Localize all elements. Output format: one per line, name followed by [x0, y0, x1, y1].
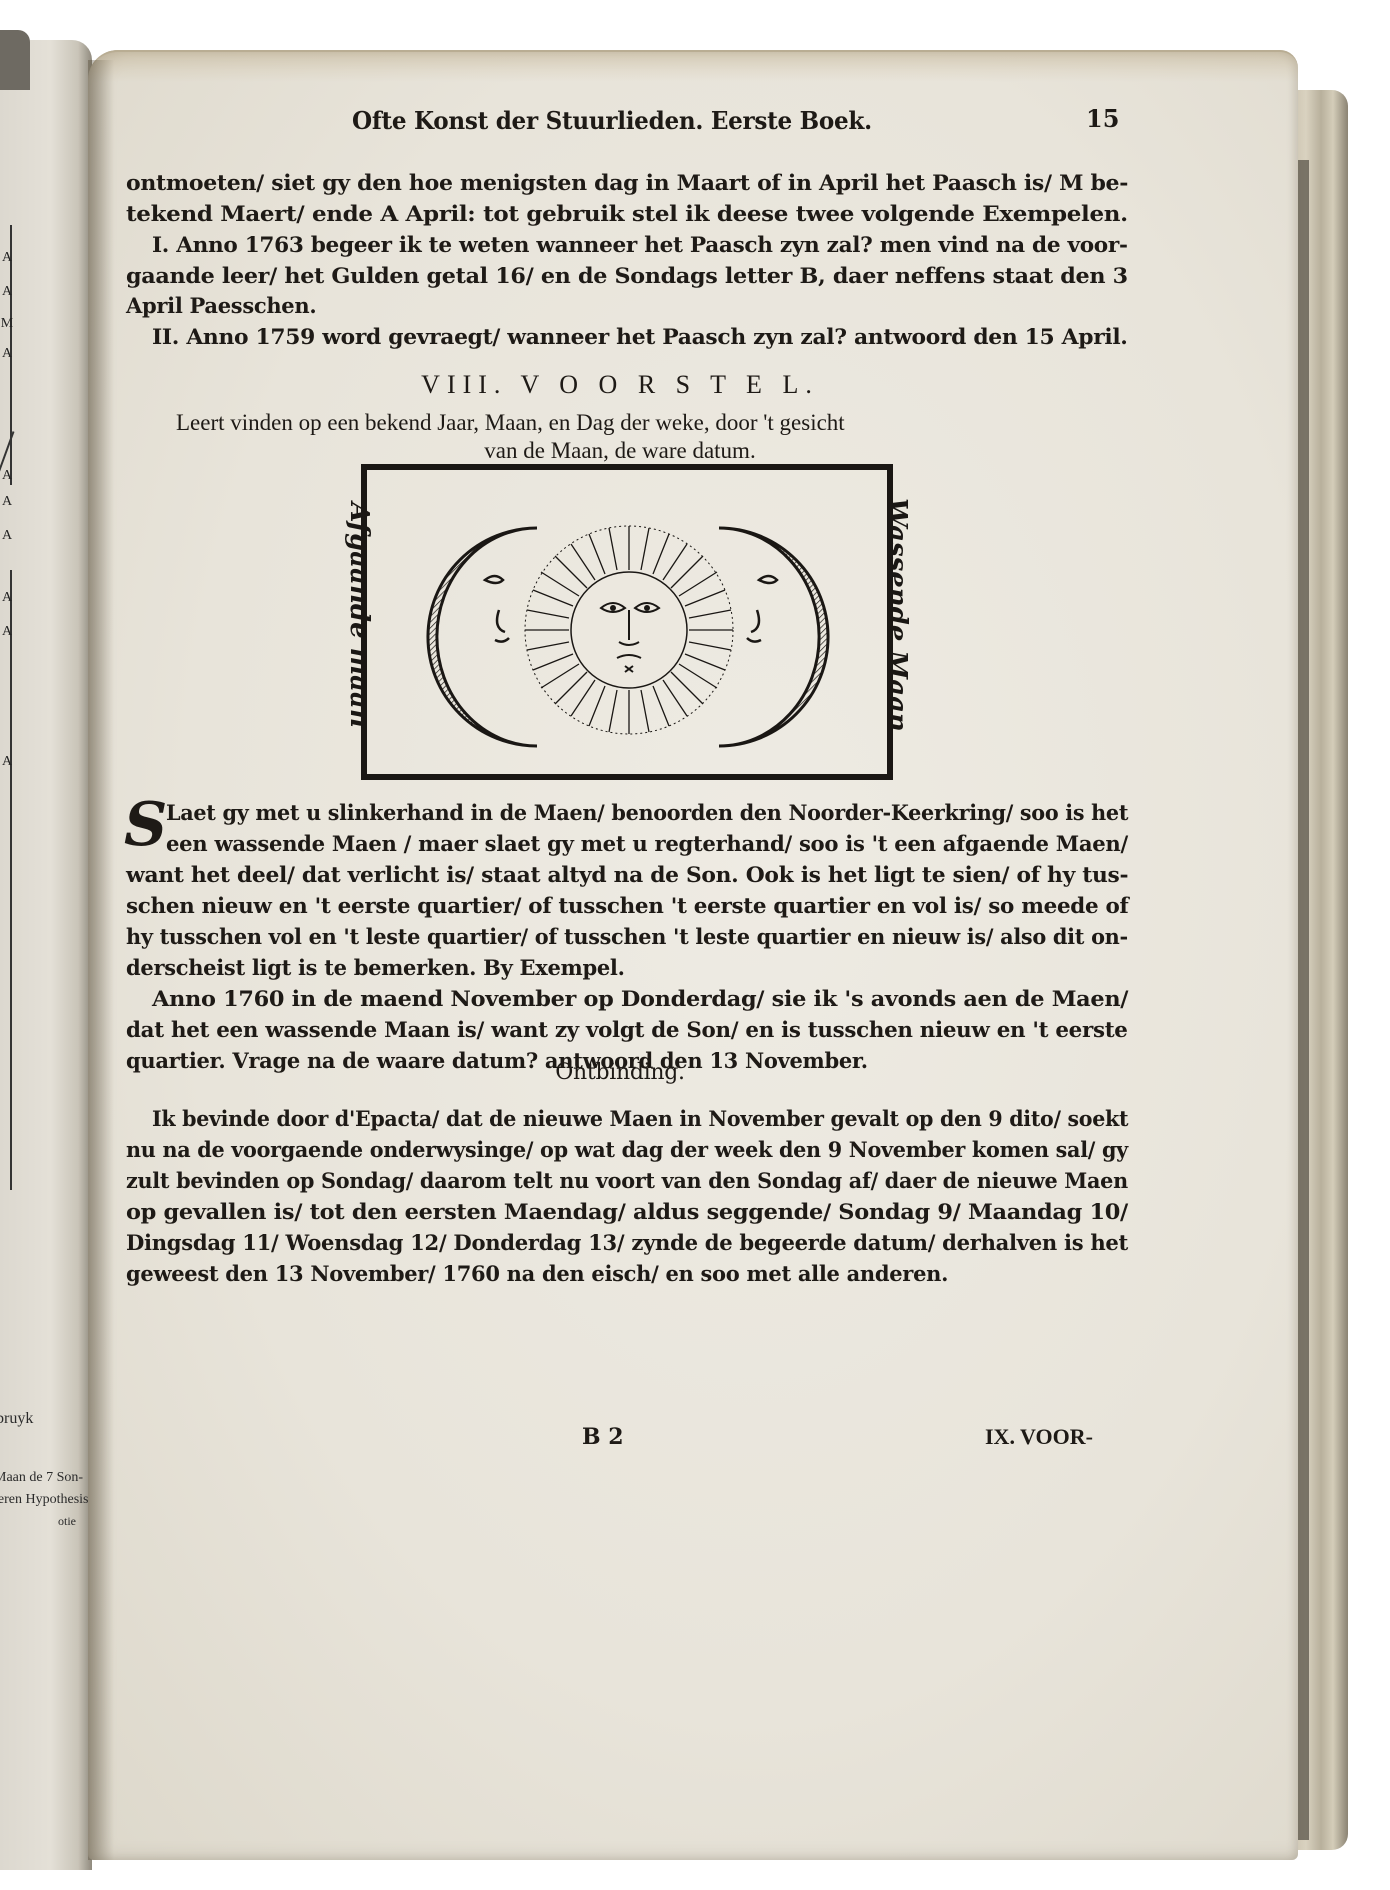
running-title: Ofte Konst der Stuurlieden. Eerste Boek.: [352, 106, 872, 135]
text-line: gaande leer/ het Gulden getal 16/ en de …: [126, 263, 1128, 288]
left-table-letter: A: [0, 284, 14, 300]
drop-cap: S: [124, 795, 167, 855]
left-table-letter: A: [0, 624, 14, 640]
text-line: April Paesschen.: [126, 293, 316, 318]
catchword: IX. VOOR-: [985, 1424, 1093, 1450]
sun-face-icon: [525, 526, 733, 734]
text-line: Anno 1760 in de maend November op Donder…: [152, 986, 1128, 1011]
text-line: want het deel/ dat verlicht is/ staat al…: [126, 862, 1128, 887]
left-margin-word: otie: [58, 1514, 76, 1529]
text-line: dat het een wassende Maan is/ want zy vo…: [126, 1017, 1128, 1042]
text-line: II. Anno 1759 word gevraegt/ wanneer het…: [152, 324, 1128, 349]
left-table-letter: A: [0, 494, 14, 510]
left-page-strip: [0, 40, 92, 1870]
left-table-letter: A: [0, 528, 14, 544]
book-cover-edge: [0, 30, 30, 90]
left-table-letter: A: [0, 346, 14, 362]
section-subtitle: Leert vinden op een bekend Jaar, Maan, e…: [176, 410, 845, 436]
left-table-letter: A: [0, 590, 14, 606]
text-line: nu na de voorgaende onderwysinge/ op wat…: [126, 1137, 1128, 1162]
text-line: derscheist ligt is te bemerken. By Exemp…: [126, 955, 625, 980]
left-table-letter: M: [0, 316, 14, 332]
text-line: I. Anno 1763 begeer ik te weten wanneer …: [152, 232, 1128, 257]
woodcut-figure: Afgaande maan Wassende Maan: [361, 464, 893, 780]
text-line: zult bevinden op Sondag/ daarom telt nu …: [126, 1168, 1128, 1193]
section-subtitle: van de Maan, de ware datum.: [300, 438, 940, 464]
text-line: hy tusschen vol en 't leste quartier/ of…: [126, 924, 1128, 949]
left-table-letter: A: [0, 250, 14, 266]
left-table-letter: A: [0, 468, 14, 484]
left-margin-word: Maan de 7 Son-: [0, 1470, 83, 1486]
signature-mark: B 2: [582, 1424, 624, 1450]
text-line: schen nieuw en 't eerste quartier/ of tu…: [126, 893, 1128, 918]
text-line: ontmoeten/ siet gy den hoe menigsten dag…: [126, 170, 1128, 195]
solution-heading: Ontbinding.: [300, 1060, 940, 1085]
text-line: tekend Maert/ ende A April: tot gebruik …: [126, 201, 1128, 226]
text-line: op gevallen is/ tot den eersten Maendag/…: [126, 1199, 1128, 1224]
section-heading: VIII. V O O R S T E L.: [300, 370, 940, 400]
gutter-shadow: [88, 60, 114, 1860]
text-line: geweest den 13 November/ 1760 na den eis…: [126, 1261, 948, 1286]
left-table-bracket-lower: [10, 570, 12, 1190]
text-line: Ik bevinde door d'Epacta/ dat de nieuwe …: [152, 1106, 1128, 1131]
text-line: Dingsdag 11/ Woensdag 12/ Donderdag 13/ …: [126, 1230, 1128, 1255]
text-line: een wassende Maen / maer slaet gy met u …: [166, 831, 1128, 856]
left-table-letter: A: [0, 754, 14, 770]
sun-and-moons-icon: [367, 470, 887, 774]
left-margin-word: bruyk: [0, 1410, 33, 1428]
left-margin-word: teren Hypothesis: [0, 1492, 88, 1508]
page-number: 15: [1086, 104, 1119, 133]
waning-moon-icon: [428, 528, 537, 746]
waxing-moon-icon: [719, 528, 828, 746]
text-line: Laet gy met u slinkerhand in de Maen/ be…: [166, 800, 1128, 825]
